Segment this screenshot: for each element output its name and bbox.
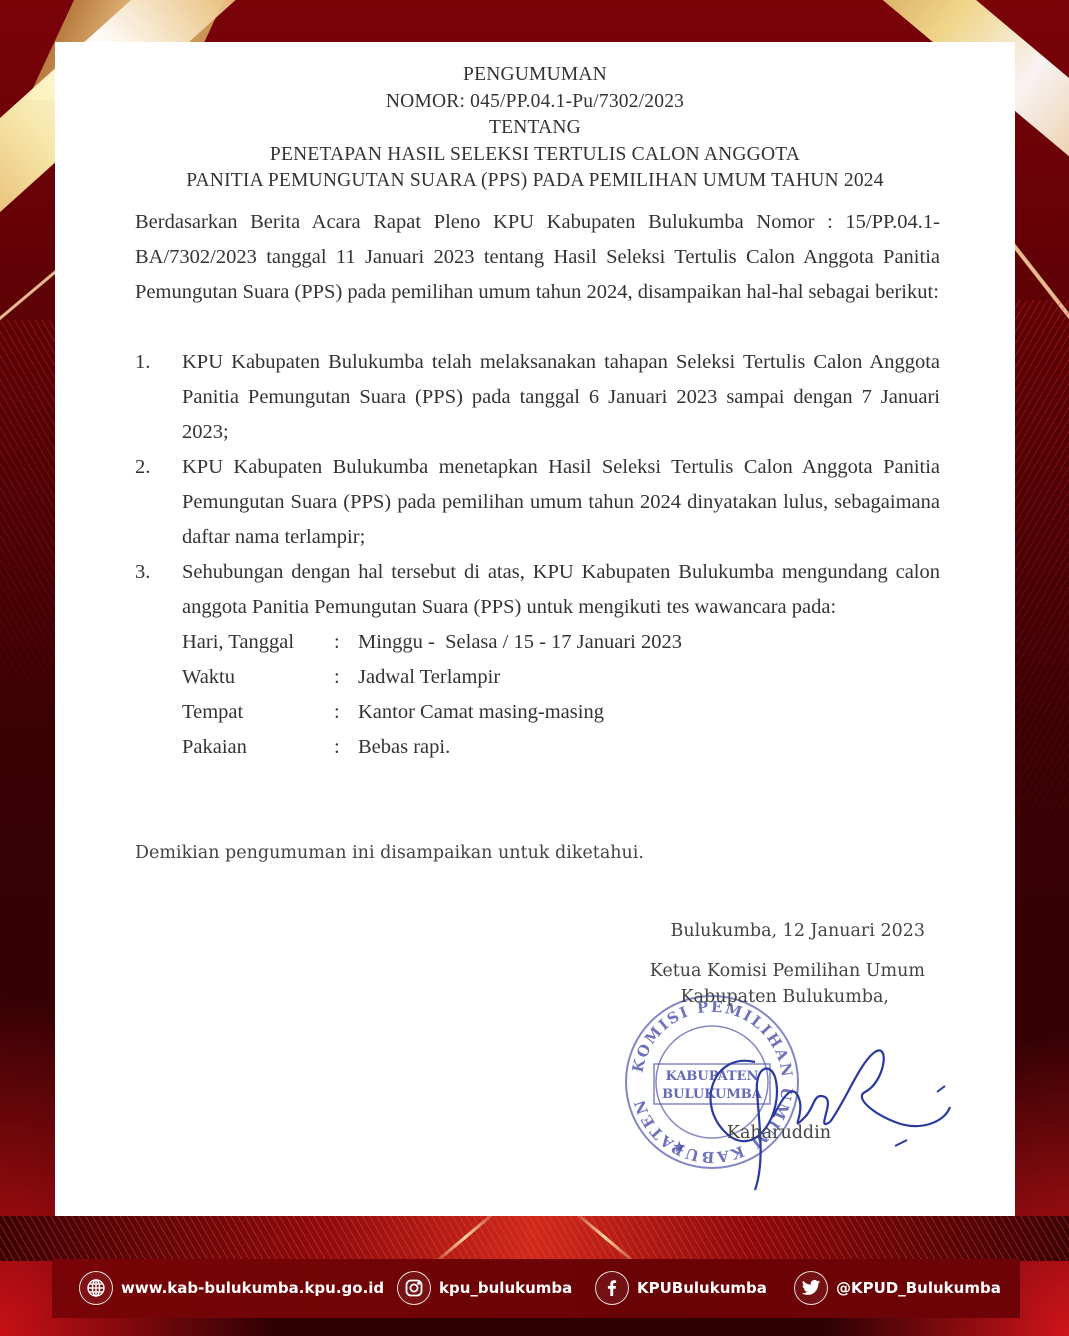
detail-row-date: Hari, Tanggal : Minggu - Selasa / 15 - 1… [182, 625, 940, 660]
heading-number: NOMOR: 045/PP.04.1-Pu/7302/2023 [55, 89, 1015, 116]
list-number: 1. [135, 345, 150, 380]
document-heading: PENGUMUMAN NOMOR: 045/PP.04.1-Pu/7302/20… [55, 62, 1015, 195]
twitter-link[interactable]: @KPUD_Bulukumba [794, 1271, 1001, 1305]
detail-colon: : [334, 695, 358, 730]
signatory-name: Kaharuddin [727, 1120, 831, 1146]
bottom-decorative-band [0, 1216, 1069, 1261]
globe-icon [79, 1271, 113, 1305]
detail-colon: : [334, 730, 358, 765]
list-text: KPU Kabupaten Bulukumba telah melaksanak… [182, 345, 940, 450]
website-text: www.kab-bulukumba.kpu.go.id [121, 1279, 384, 1297]
intro-paragraph: Berdasarkan Berita Acara Rapat Pleno KPU… [135, 205, 940, 310]
line-pattern-right [1009, 300, 1069, 900]
heading-title: PENGUMUMAN [55, 62, 1015, 89]
list-item: 3. Sehubungan dengan hal tersebut di ata… [135, 555, 940, 765]
line-pattern-left [0, 320, 60, 740]
footer-contact-bar: www.kab-bulukumba.kpu.go.id kpu_bulukumb… [52, 1259, 1020, 1318]
interview-details: Hari, Tanggal : Minggu - Selasa / 15 - 1… [182, 625, 940, 765]
list-text: KPU Kabupaten Bulukumba menetapkan Hasil… [182, 450, 940, 555]
announcement-document: PENGUMUMAN NOMOR: 045/PP.04.1-Pu/7302/20… [55, 42, 1015, 1216]
heading-subject-line1: PENETAPAN HASIL SELEKSI TERTULIS CALON A… [55, 142, 1015, 169]
facebook-text: KPUBulukumba [637, 1279, 767, 1297]
detail-value: Jadwal Terlampir [358, 660, 500, 695]
signatory-title-line2: Kabupaten Bulukumba, [680, 984, 889, 1010]
svg-text:★: ★ [672, 1137, 686, 1156]
detail-label: Hari, Tanggal [182, 625, 334, 660]
detail-label: Waktu [182, 660, 334, 695]
handwritten-signature-icon [695, 1022, 955, 1192]
twitter-icon [794, 1271, 828, 1305]
intro-text: Berdasarkan Berita Acara Rapat Pleno KPU… [135, 205, 940, 310]
heading-about: TENTANG [55, 115, 1015, 142]
closing-statement: Demikian pengumuman ini disampaikan untu… [135, 840, 644, 866]
heading-subject-line2: PANITIA PEMUNGUTAN SUARA (PPS) PADA PEMI… [55, 168, 1015, 195]
detail-row-attire: Pakaian : Bebas rapi. [182, 730, 940, 765]
list-text: Sehubungan dengan hal tersebut di atas, … [182, 555, 940, 625]
signature-place-date: Bulukumba, 12 Januari 2023 [670, 918, 925, 944]
detail-colon: : [334, 660, 358, 695]
instagram-text: kpu_bulukumba [439, 1279, 572, 1297]
signatory-title-line1: Ketua Komisi Pemilihan Umum [650, 958, 925, 984]
detail-value: Minggu - Selasa / 15 - 17 Januari 2023 [358, 625, 682, 660]
announcement-list: 1. KPU Kabupaten Bulukumba telah melaksa… [135, 345, 940, 765]
instagram-link[interactable]: kpu_bulukumba [397, 1271, 572, 1305]
detail-label: Pakaian [182, 730, 334, 765]
detail-row-time: Waktu : Jadwal Terlampir [182, 660, 940, 695]
detail-row-place: Tempat : Kantor Camat masing-masing [182, 695, 940, 730]
list-item: 2. KPU Kabupaten Bulukumba menetapkan Ha… [135, 450, 940, 555]
detail-value: Kantor Camat masing-masing [358, 695, 604, 730]
facebook-link[interactable]: KPUBulukumba [595, 1271, 767, 1305]
list-item: 1. KPU Kabupaten Bulukumba telah melaksa… [135, 345, 940, 450]
list-number: 2. [135, 450, 150, 485]
facebook-icon [595, 1271, 629, 1305]
twitter-text: @KPUD_Bulukumba [836, 1279, 1001, 1297]
detail-value: Bebas rapi. [358, 730, 450, 765]
detail-label: Tempat [182, 695, 334, 730]
website-link[interactable]: www.kab-bulukumba.kpu.go.id [79, 1271, 384, 1305]
instagram-icon [397, 1271, 431, 1305]
detail-colon: : [334, 625, 358, 660]
list-number: 3. [135, 555, 150, 590]
